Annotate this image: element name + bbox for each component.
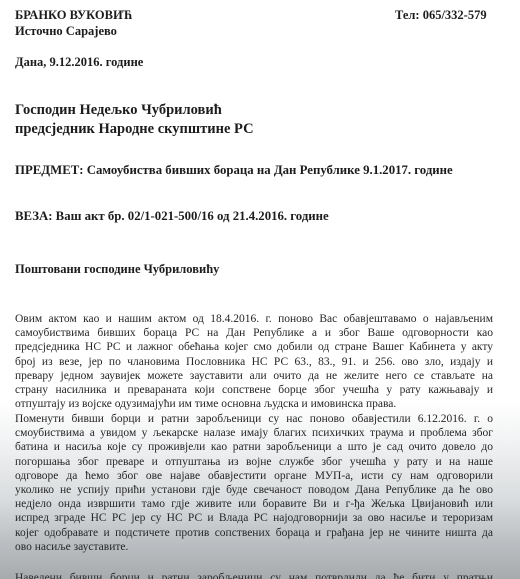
paragraph-line: Наведени бивши борци и ратни заробљеници… xyxy=(15,571,493,579)
paragraph-line: ово насиље зауставите. xyxy=(15,540,493,554)
body-paragraph-1: Овим актом као и нашим актом од 18.4.201… xyxy=(15,312,493,411)
paragraph-line: испред зграде НС РС јер су НС РС и Влада… xyxy=(15,511,493,525)
body-paragraph-2: Поменути бивши борци и ратни заробљеници… xyxy=(15,412,493,554)
document-page: БРАНКО ВУКОВИЋ Источно Сарајево Тел: 065… xyxy=(0,0,520,579)
paragraph-line: страну насилника и преварaната који сопс… xyxy=(15,383,493,397)
paragraph-line: отпуштају из војске одузимајући им тиме … xyxy=(15,397,493,411)
salutation: Поштовани господине Чубриловићу xyxy=(15,262,219,277)
sender-name: БРАНКО ВУКОВИЋ xyxy=(15,8,133,23)
letter-reference: ВЕЗА: Ваш акт бр. 02/1-021-500/16 од 21.… xyxy=(15,209,329,224)
paragraph-line: недјело онда извршити тамо гдје живите и… xyxy=(15,497,493,511)
paragraph-line: самоубиствима бивших бораца РС на Дан Ре… xyxy=(15,326,493,340)
sender-phone: Тел: 065/332-579 xyxy=(395,8,487,23)
body-paragraph-3-partial: Наведени бивши борци и ратни заробљеници… xyxy=(15,571,493,579)
paragraph-line: смоубиствима а увидом у љекарске налазе … xyxy=(15,426,493,440)
addressee-name: Господин Недељко Чубриловић xyxy=(15,102,222,119)
paragraph-line: погоршања због преваре и отпуштања из во… xyxy=(15,455,493,469)
paragraph-line: батина и насиља које су проживјели као р… xyxy=(15,440,493,454)
addressee-title: предсједник Народне скупштине РС xyxy=(15,121,254,138)
paragraph-line: превару једном заувијек можете зауставит… xyxy=(15,369,493,383)
paragraph-line: предсједника НС РС и лажног обећања које… xyxy=(15,340,493,354)
paragraph-line: Овим актом као и нашим актом од 18.4.201… xyxy=(15,312,493,326)
paragraph-line: број из везе, јер по члановима Пословник… xyxy=(15,355,493,369)
sender-city: Источно Сарајево xyxy=(15,24,117,39)
letter-date: Дана, 9.12.2016. године xyxy=(15,55,143,70)
paragraph-line: Поменути бивши борци и ратни заробљеници… xyxy=(15,412,493,426)
letter-subject: ПРЕДМЕТ: Самоубиства бивших бораца на Да… xyxy=(15,163,453,178)
paragraph-line: којег одобравате и подстичете против соп… xyxy=(15,526,493,540)
paragraph-line: уколико не успију прићи установи гдје бу… xyxy=(15,483,493,497)
paragraph-line: одговоре да ћемо због ове најаве обавјес… xyxy=(15,469,493,483)
